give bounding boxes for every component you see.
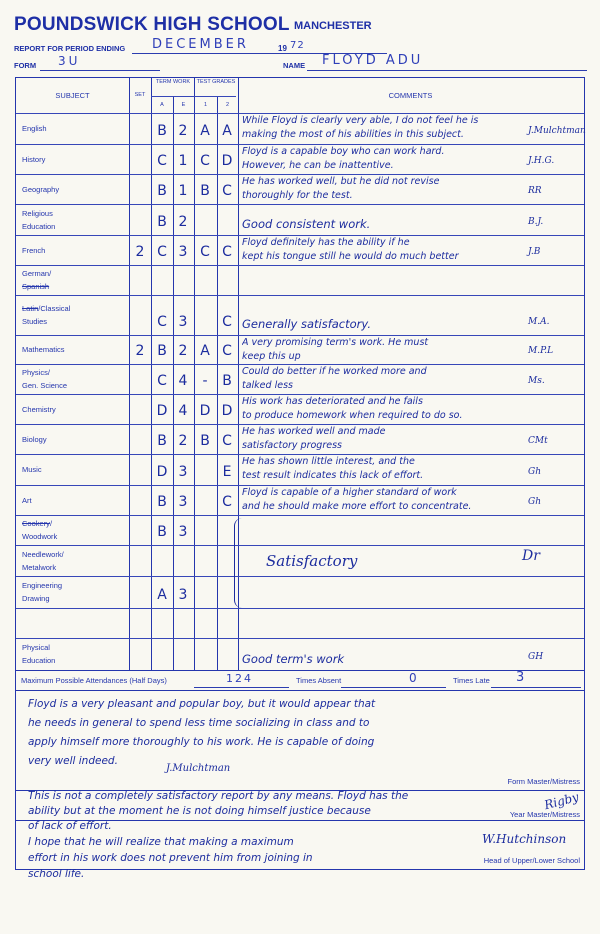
- grade-e: 3: [173, 464, 193, 480]
- subject-name: English: [22, 122, 47, 135]
- max-attendance-line: [194, 687, 289, 688]
- grade-a: B: [152, 343, 172, 359]
- teacher-signature: J.B: [528, 247, 540, 257]
- bracket-comment: Satisfactory: [266, 552, 357, 570]
- grade-t1: -: [195, 373, 215, 389]
- form-master-signature: J.Mulchtman: [166, 763, 230, 774]
- grade-t1: D: [195, 403, 215, 419]
- head-role: Head of Upper/Lower School: [484, 856, 580, 865]
- grade-a: B: [152, 524, 172, 540]
- grade-e: 1: [173, 183, 193, 199]
- grade-e: 3: [173, 494, 193, 510]
- col-divider: [129, 78, 130, 670]
- grade-t2: B: [217, 373, 237, 389]
- remark-line: school life.: [28, 865, 84, 884]
- times-late-line: [491, 687, 581, 688]
- period-month: DECEMBER: [152, 37, 249, 52]
- subject-name: Needlework/Metalwork: [22, 548, 64, 574]
- grade-a: B: [152, 183, 172, 199]
- subject-name: Mathematics: [22, 343, 65, 356]
- remark-line: Floyd is a very pleasant and popular boy…: [28, 695, 375, 714]
- bracket-signature: Dr: [522, 548, 540, 564]
- grade-e: 4: [173, 373, 193, 389]
- col-set: SET: [129, 91, 151, 100]
- head-signature: W.Hutchinson: [482, 832, 566, 846]
- grade-e: 3: [173, 587, 193, 603]
- grade-a: C: [152, 244, 172, 260]
- max-attendance-value: 124: [226, 672, 253, 685]
- period-year-prefix: 19: [278, 44, 287, 53]
- subject-name: Physics/Gen. Science: [22, 366, 67, 392]
- grade-t1: B: [195, 183, 215, 199]
- col-comments: COMMENTS: [238, 91, 583, 100]
- form-line: [40, 70, 160, 71]
- grade-t1: A: [195, 343, 215, 359]
- row-divider: [16, 545, 584, 546]
- grade-e: 2: [173, 123, 193, 139]
- grade-e: 1: [173, 153, 193, 169]
- grade-t2: C: [217, 494, 237, 510]
- row-divider: [16, 515, 584, 516]
- subject-name: Chemistry: [22, 403, 56, 416]
- subject-name: Biology: [22, 433, 47, 446]
- school-city: MANCHESTER: [294, 20, 372, 32]
- grade-set: 2: [130, 343, 150, 359]
- subject-name: History: [22, 153, 45, 166]
- grade-a: B: [152, 433, 172, 449]
- form-master-role: Form Master/Mistress: [507, 777, 580, 786]
- form-value: 3U: [58, 54, 80, 68]
- remark-line: very well indeed.: [28, 752, 118, 771]
- grade-a: C: [152, 314, 172, 330]
- teacher-signature: Ms.: [528, 376, 545, 386]
- teacher-signature: J.H.G.: [528, 156, 554, 166]
- grade-e: 2: [173, 343, 193, 359]
- form-master-box: Floyd is a very pleasant and popular boy…: [15, 690, 585, 791]
- col-term-a: A: [151, 101, 173, 110]
- subject-name: PhysicalEducation: [22, 641, 55, 667]
- times-late-label: Times Late: [453, 676, 490, 685]
- name-label: NAME: [283, 61, 305, 70]
- times-absent-value: 0: [409, 671, 420, 685]
- grade-e: 3: [173, 314, 193, 330]
- grade-a: C: [152, 153, 172, 169]
- subject-name: Music: [22, 463, 42, 476]
- teacher-signature: Gh: [528, 497, 541, 507]
- teacher-signature: Gh: [528, 467, 541, 477]
- grade-e: 2: [173, 214, 193, 230]
- period-year: 72: [290, 40, 305, 51]
- max-attendance-label: Maximum Possible Attendances (Half Days): [21, 676, 167, 685]
- grade-a: B: [152, 123, 172, 139]
- grade-e: 4: [173, 403, 193, 419]
- grade-t2: E: [217, 464, 237, 480]
- row-divider: [16, 638, 584, 639]
- form-label: FORM: [14, 61, 36, 70]
- subject-name: ReligiousEducation: [22, 207, 55, 233]
- grade-a: C: [152, 373, 172, 389]
- teacher-signature: CMt: [528, 436, 548, 446]
- times-absent-label: Times Absent: [296, 676, 341, 685]
- grade-e: 3: [173, 244, 193, 260]
- subject-comment: His work has deteriorated and he failsto…: [242, 395, 582, 423]
- row-divider: [16, 576, 584, 577]
- subheader-line: [151, 96, 236, 97]
- teacher-signature: GH: [528, 652, 543, 662]
- teacher-signature: B.J.: [528, 217, 543, 227]
- head-box: of lack of effort.I hope that he will re…: [15, 820, 585, 870]
- row-divider: [16, 204, 584, 205]
- grade-t1: B: [195, 433, 215, 449]
- col-test-grades: TEST GRADES: [196, 79, 236, 86]
- grades-table: SUBJECT SET TERM WORK TEST GRADES A E 1 …: [15, 77, 585, 671]
- school-name: POUNDSWICK HIGH SCHOOL: [14, 14, 290, 36]
- subject-name: French: [22, 244, 45, 257]
- attendance-row: Maximum Possible Attendances (Half Days)…: [15, 671, 585, 691]
- remark-line: he needs in general to spend less time s…: [28, 714, 369, 733]
- remark-line: apply himself more thoroughly to his wor…: [28, 733, 374, 752]
- subject-name: Art: [22, 494, 32, 507]
- grade-t1: A: [195, 123, 215, 139]
- student-name: FLOYD ADU: [322, 53, 423, 68]
- teacher-signature: J.Mulchtman: [528, 126, 586, 136]
- times-late-value: 3: [516, 670, 527, 685]
- row-divider: [16, 265, 584, 266]
- teacher-signature: RR: [528, 186, 542, 196]
- teacher-signature: M.P.L: [528, 346, 553, 356]
- grade-set: 2: [130, 244, 150, 260]
- grade-a: B: [152, 214, 172, 230]
- subject-name: Latin/ClassicalStudies: [22, 302, 70, 328]
- grade-a: B: [152, 494, 172, 510]
- subject-name: Geography: [22, 183, 59, 196]
- col-test-2: 2: [217, 101, 238, 110]
- grade-e: 2: [173, 433, 193, 449]
- grade-t1: C: [195, 244, 215, 260]
- grade-t2: C: [217, 314, 237, 330]
- grade-t2: C: [217, 343, 237, 359]
- row-divider: [16, 295, 584, 296]
- subject-name: Cookery/Woodwork: [22, 517, 57, 543]
- name-line: [307, 70, 587, 71]
- row-divider: [16, 608, 584, 609]
- grade-e: 3: [173, 524, 193, 540]
- col-subject: SUBJECT: [16, 91, 129, 100]
- grade-a: A: [152, 587, 172, 603]
- grade-t2: C: [217, 244, 237, 260]
- col-term-e: E: [173, 101, 194, 110]
- grade-t2: C: [217, 433, 237, 449]
- col-test-1: 1: [194, 101, 217, 110]
- subject-name: EngineeringDrawing: [22, 579, 62, 605]
- grade-a: D: [152, 464, 172, 480]
- grade-t2: D: [217, 153, 237, 169]
- grade-t1: C: [195, 153, 215, 169]
- report-card: POUNDSWICK HIGH SCHOOL MANCHESTER REPORT…: [0, 0, 600, 934]
- subject-name: German/Spanish: [22, 267, 51, 293]
- grade-t2: C: [217, 183, 237, 199]
- grade-a: D: [152, 403, 172, 419]
- year-master-signature: Rigby: [543, 790, 580, 813]
- period-label: REPORT FOR PERIOD ENDING: [14, 44, 125, 53]
- grade-t2: D: [217, 403, 237, 419]
- teacher-signature: M.A.: [528, 317, 549, 327]
- col-term-work: TERM WORK: [153, 79, 193, 86]
- bracket-mark: [234, 518, 245, 608]
- year-master-role: Year Master/Mistress: [510, 810, 580, 819]
- times-absent-line: [341, 687, 446, 688]
- grade-t2: A: [217, 123, 237, 139]
